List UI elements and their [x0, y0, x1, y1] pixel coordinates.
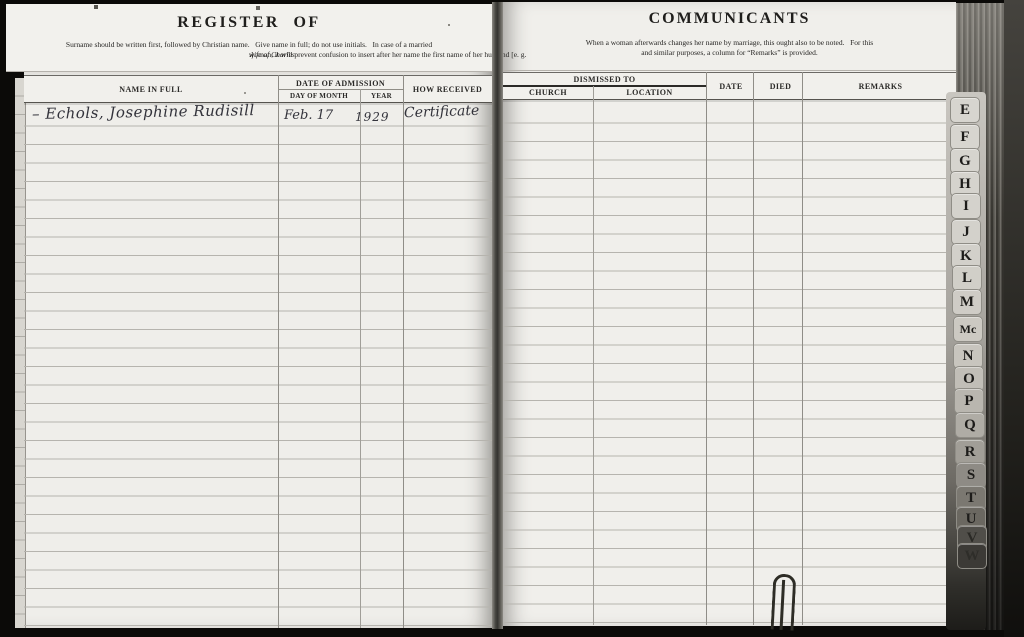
index-tab-j: J [951, 219, 981, 245]
scan-specks [0, 0, 2, 2]
right-page-ruled-lines [503, 105, 956, 626]
divider-died-remarks [802, 72, 803, 625]
left-page-header: REGISTER OF Surname should be written fi… [6, 4, 492, 72]
entry-year: 1929 [355, 110, 390, 124]
column-header-location: LOCATION [593, 88, 706, 97]
right-page-title: COMMUNICANTS [503, 10, 956, 28]
left-column-headers: NAME IN FULL DATE OF ADMISSION DAY OF MO… [24, 75, 492, 103]
index-tab-i: I [951, 193, 981, 219]
index-tab-w: W [957, 543, 987, 569]
index-tab-e: E [950, 97, 980, 123]
right-page-instructions-line1: When a woman afterwards changes her name… [503, 38, 956, 48]
register-book-scan: REGISTER OF Surname should be written fi… [0, 0, 1024, 637]
entry-day-of-month: Feb. 17 [284, 108, 333, 123]
divider-date-died [753, 72, 754, 625]
left-page-ruled-lines [24, 108, 492, 628]
left-page-instructions-line1: Surname should be written first, followe… [6, 40, 492, 50]
instructions-line2-post: .] [249, 50, 253, 60]
column-header-year: YEAR [360, 92, 403, 100]
column-header-how-received: HOW RECEIVED [403, 85, 492, 94]
paper-clip [771, 573, 797, 630]
column-header-dismissed-to: DISMISSED TO [503, 75, 706, 84]
index-tab-f: F [950, 124, 980, 150]
column-header-day-of-month: DAY OF MONTH [278, 92, 360, 100]
column-header-church: CHURCH [503, 88, 593, 97]
book-gutter [492, 2, 503, 629]
index-tab-q: Q [955, 412, 985, 438]
column-header-date: DATE [706, 82, 756, 91]
right-page-instructions-line2: and similar purposes, a column for “Rema… [503, 48, 956, 58]
column-header-remarks: REMARKS [805, 82, 956, 91]
entry-how-received: Certificate [404, 103, 480, 122]
column-header-died: DIED [756, 82, 805, 91]
index-tab-l: L [952, 265, 982, 291]
left-page-title: REGISTER OF [6, 14, 492, 32]
divider-name-admission [278, 75, 279, 628]
column-header-name-in-full: NAME IN FULL [24, 85, 278, 94]
instructions-line2-italic: wife of Charles [249, 50, 295, 60]
date-of-admission-underline [278, 89, 403, 90]
dismissed-to-underline [503, 85, 706, 87]
divider-location-date [706, 72, 707, 625]
divider-day-year [360, 89, 361, 628]
index-tab-m: M [952, 289, 982, 315]
divider-church-location [593, 86, 594, 625]
index-tab-mc: Mc [953, 316, 983, 342]
right-header-separator [503, 70, 956, 71]
column-header-date-of-admission: DATE OF ADMISSION [278, 79, 403, 88]
index-tab-p: P [954, 388, 984, 414]
right-column-headers: DISMISSED TO CHURCH LOCATION DATE DIED R… [503, 72, 956, 100]
divider-year-received [403, 75, 404, 628]
book-cover-edge [1004, 0, 1024, 637]
